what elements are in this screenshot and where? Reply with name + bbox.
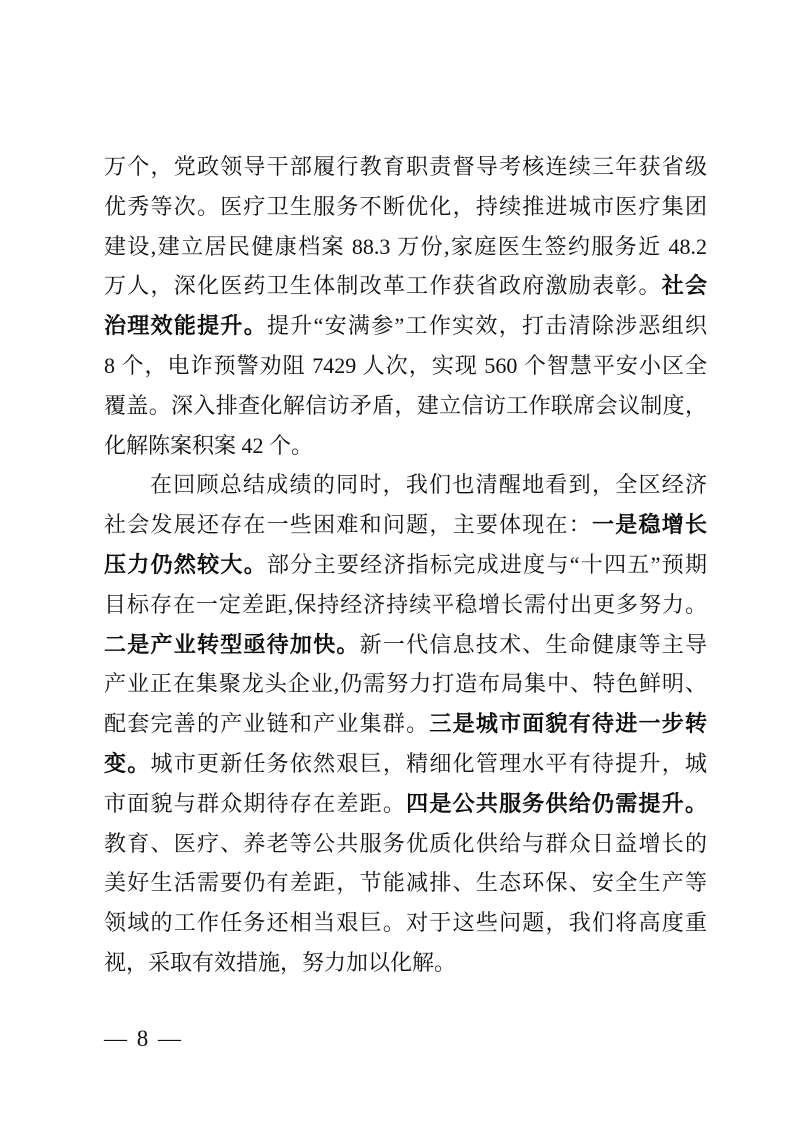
text-segment-bold: 变。: [104, 751, 150, 776]
text-segment-bold: 四是公共服务供给仍需提升。: [406, 791, 707, 816]
text-segment: 8 个，电诈预警劝阻 7429 人次，实现 560 个智慧平安小区全: [104, 353, 707, 378]
text-line: 万个，党政领导干部履行教育职责督导考核连续三年获省级: [104, 147, 707, 187]
text-line: 领域的工作任务还相当艰巨。对于这些问题，我们将高度重: [104, 903, 707, 943]
text-line: 建设,建立居民健康档案 88.3 万份,家庭医生签约服务近 48.2: [104, 227, 707, 267]
text-segment: 教育、医疗、养老等公共服务优质化供给与群众日益增长的: [104, 831, 707, 856]
text-segment: 化解陈案积案 42 个。: [104, 433, 313, 458]
text-segment: 城市更新任务依然艰巨，精细化管理水平有待提升，城: [150, 751, 707, 776]
text-segment-bold: 压力仍然较大。: [104, 552, 267, 577]
text-segment-bold: 治理效能提升。: [104, 313, 267, 338]
text-segment: 新一代信息技术、生命健康等主导: [360, 632, 707, 657]
text-segment: 部分主要经济指标完成进度与“十四五”预期: [267, 552, 707, 577]
document-body: 万个，党政领导干部履行教育职责督导考核连续三年获省级优秀等次。医疗卫生服务不断优…: [104, 147, 707, 983]
text-line: 配套完善的产业链和产业集群。三是城市面貌有待进一步转: [104, 704, 707, 744]
text-segment: 领域的工作任务还相当艰巨。对于这些问题，我们将高度重: [104, 910, 707, 935]
text-segment: 社会发展还存在一些困难和问题，主要体现在：: [104, 512, 592, 537]
text-line: 治理效能提升。提升“安满参”工作实效，打击清除涉恶组织: [104, 306, 707, 346]
text-segment: 万个，党政领导干部履行教育职责督导考核连续三年获省级: [104, 154, 707, 179]
text-segment-bold: 社会: [662, 273, 707, 298]
text-segment: 建设,建立居民健康档案 88.3 万份,家庭医生签约服务近 48.2: [104, 234, 707, 259]
text-line: 美好生活需要仍有差距，节能减排、生态环保、安全生产等: [104, 863, 707, 903]
text-segment: 美好生活需要仍有差距，节能减排、生态环保、安全生产等: [104, 870, 707, 895]
text-line: 二是产业转型亟待加快。新一代信息技术、生命健康等主导: [104, 625, 707, 665]
text-segment-bold: 二是产业转型亟待加快。: [104, 632, 360, 657]
text-line: 视，采取有效措施，努力加以化解。: [104, 943, 707, 983]
text-segment: 提升“安满参”工作实效，打击清除涉恶组织: [267, 313, 707, 338]
text-segment: 产业正在集聚龙头企业,仍需努力打造布局集中、特色鲜明、: [104, 671, 707, 696]
text-line: 覆盖。深入排查化解信访矛盾，建立信访工作联席会议制度，: [104, 386, 707, 426]
text-segment-bold: 三是城市面貌有待进一步转: [429, 711, 707, 736]
page-number: — 8 —: [104, 1026, 183, 1052]
text-segment: 市面貌与群众期待存在差距。: [104, 791, 406, 816]
text-line: 产业正在集聚龙头企业,仍需努力打造布局集中、特色鲜明、: [104, 664, 707, 704]
text-segment: 覆盖。深入排查化解信访矛盾，建立信访工作联席会议制度，: [104, 393, 707, 418]
document-page: 万个，党政领导干部履行教育职责督导考核连续三年获省级优秀等次。医疗卫生服务不断优…: [0, 0, 793, 1122]
text-segment: 万人，深化医药卫生体制改革工作获省政府激励表彰。: [104, 273, 662, 298]
text-segment: 优秀等次。医疗卫生服务不断优化，持续推进城市医疗集团: [104, 194, 707, 219]
text-line: 优秀等次。医疗卫生服务不断优化，持续推进城市医疗集团: [104, 187, 707, 227]
text-line: 目标存在一定差距,保持经济持续平稳增长需付出更多努力。: [104, 585, 707, 625]
text-line: 压力仍然较大。部分主要经济指标完成进度与“十四五”预期: [104, 545, 707, 585]
text-segment: 目标存在一定差距,保持经济持续平稳增长需付出更多努力。: [104, 592, 707, 617]
text-segment: 配套完善的产业链和产业集群。: [104, 711, 429, 736]
text-segment-bold: 一是稳增长: [592, 512, 707, 537]
text-line: 化解陈案积案 42 个。: [104, 426, 707, 466]
text-line: 变。城市更新任务依然艰巨，精细化管理水平有待提升，城: [104, 744, 707, 784]
text-line: 教育、医疗、养老等公共服务优质化供给与群众日益增长的: [104, 824, 707, 864]
text-line: 市面貌与群众期待存在差距。四是公共服务供给仍需提升。: [104, 784, 707, 824]
text-segment: 在回顾总结成绩的同时，我们也清醒地看到，全区经济: [150, 472, 707, 497]
text-line: 社会发展还存在一些困难和问题，主要体现在：一是稳增长: [104, 505, 707, 545]
text-segment: 视，采取有效措施，努力加以化解。: [104, 950, 456, 975]
text-line: 8 个，电诈预警劝阻 7429 人次，实现 560 个智慧平安小区全: [104, 346, 707, 386]
text-line: 在回顾总结成绩的同时，我们也清醒地看到，全区经济: [104, 465, 707, 505]
text-line: 万人，深化医药卫生体制改革工作获省政府激励表彰。社会: [104, 266, 707, 306]
